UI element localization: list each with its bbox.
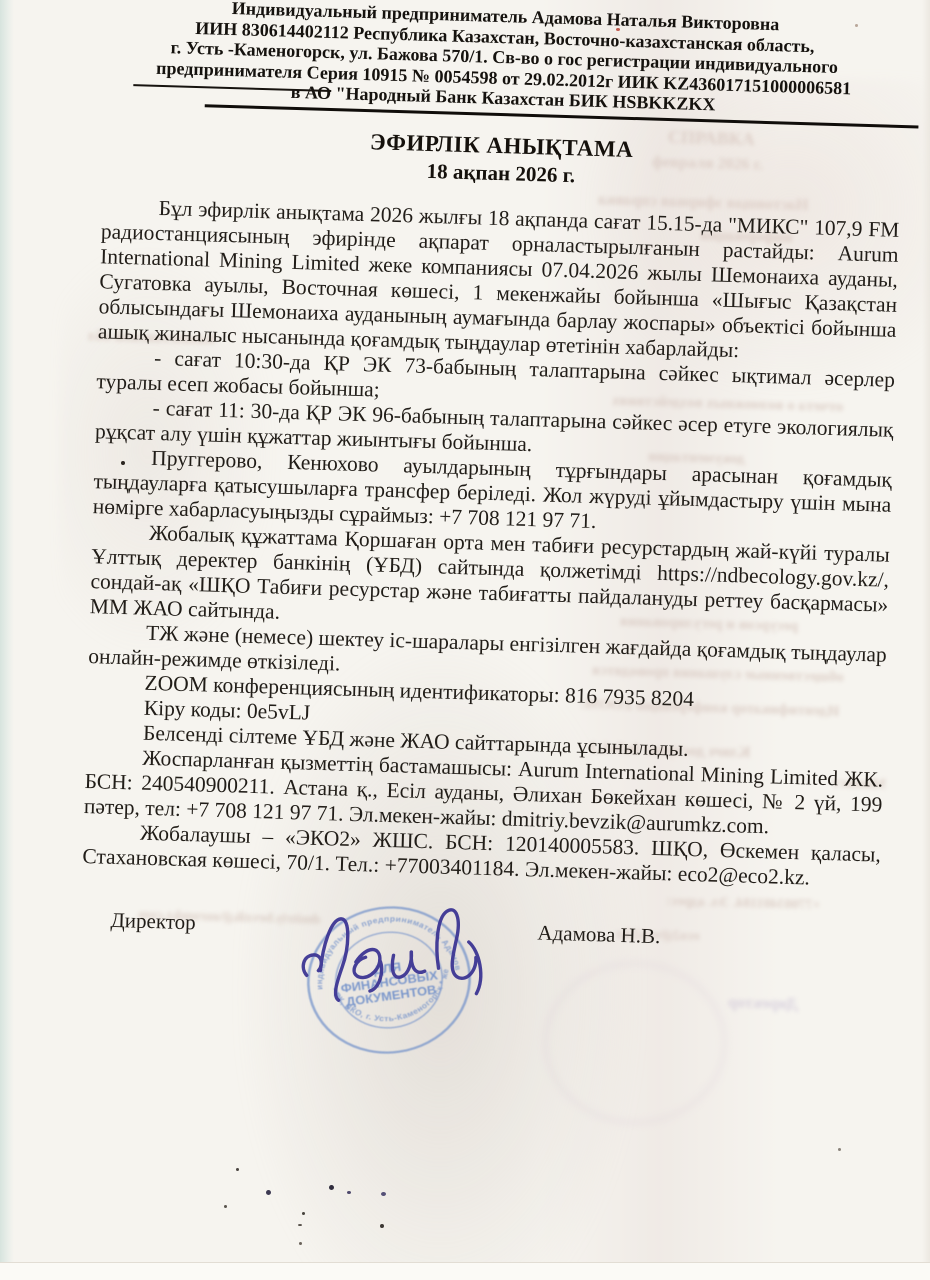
signatory-name: Адамова Н.В.	[537, 920, 661, 949]
scanned-document-page: СПРАВКА февраля 2026 г. Настоящая эфирна…	[0, 0, 930, 1280]
stray-ink-dot	[121, 461, 125, 465]
document-content: Индивидуальный предприниматель Адамова Н…	[68, 0, 915, 955]
paragraph: Бұл эфирлік анықтама 2026 жылғы 18 ақпан…	[98, 194, 900, 368]
bleed-through-text: Директор	[728, 994, 798, 1014]
letterhead: Индивидуальный предприниматель Адамова Н…	[93, 0, 916, 121]
title-block: ЭФИРЛІК АНЫҚТАМА 18 ақпан 2026 г.	[91, 120, 912, 197]
bleed-through-stamp	[544, 962, 726, 1124]
scan-edge	[0, 0, 14, 1280]
handwritten-signature	[294, 896, 502, 1028]
scan-edge	[922, 0, 930, 1280]
scan-edge	[0, 1262, 930, 1280]
document-body: Бұл эфирлік анықтама 2026 жылғы 18 ақпан…	[70, 193, 910, 892]
signatory-role: Директор	[110, 907, 196, 935]
